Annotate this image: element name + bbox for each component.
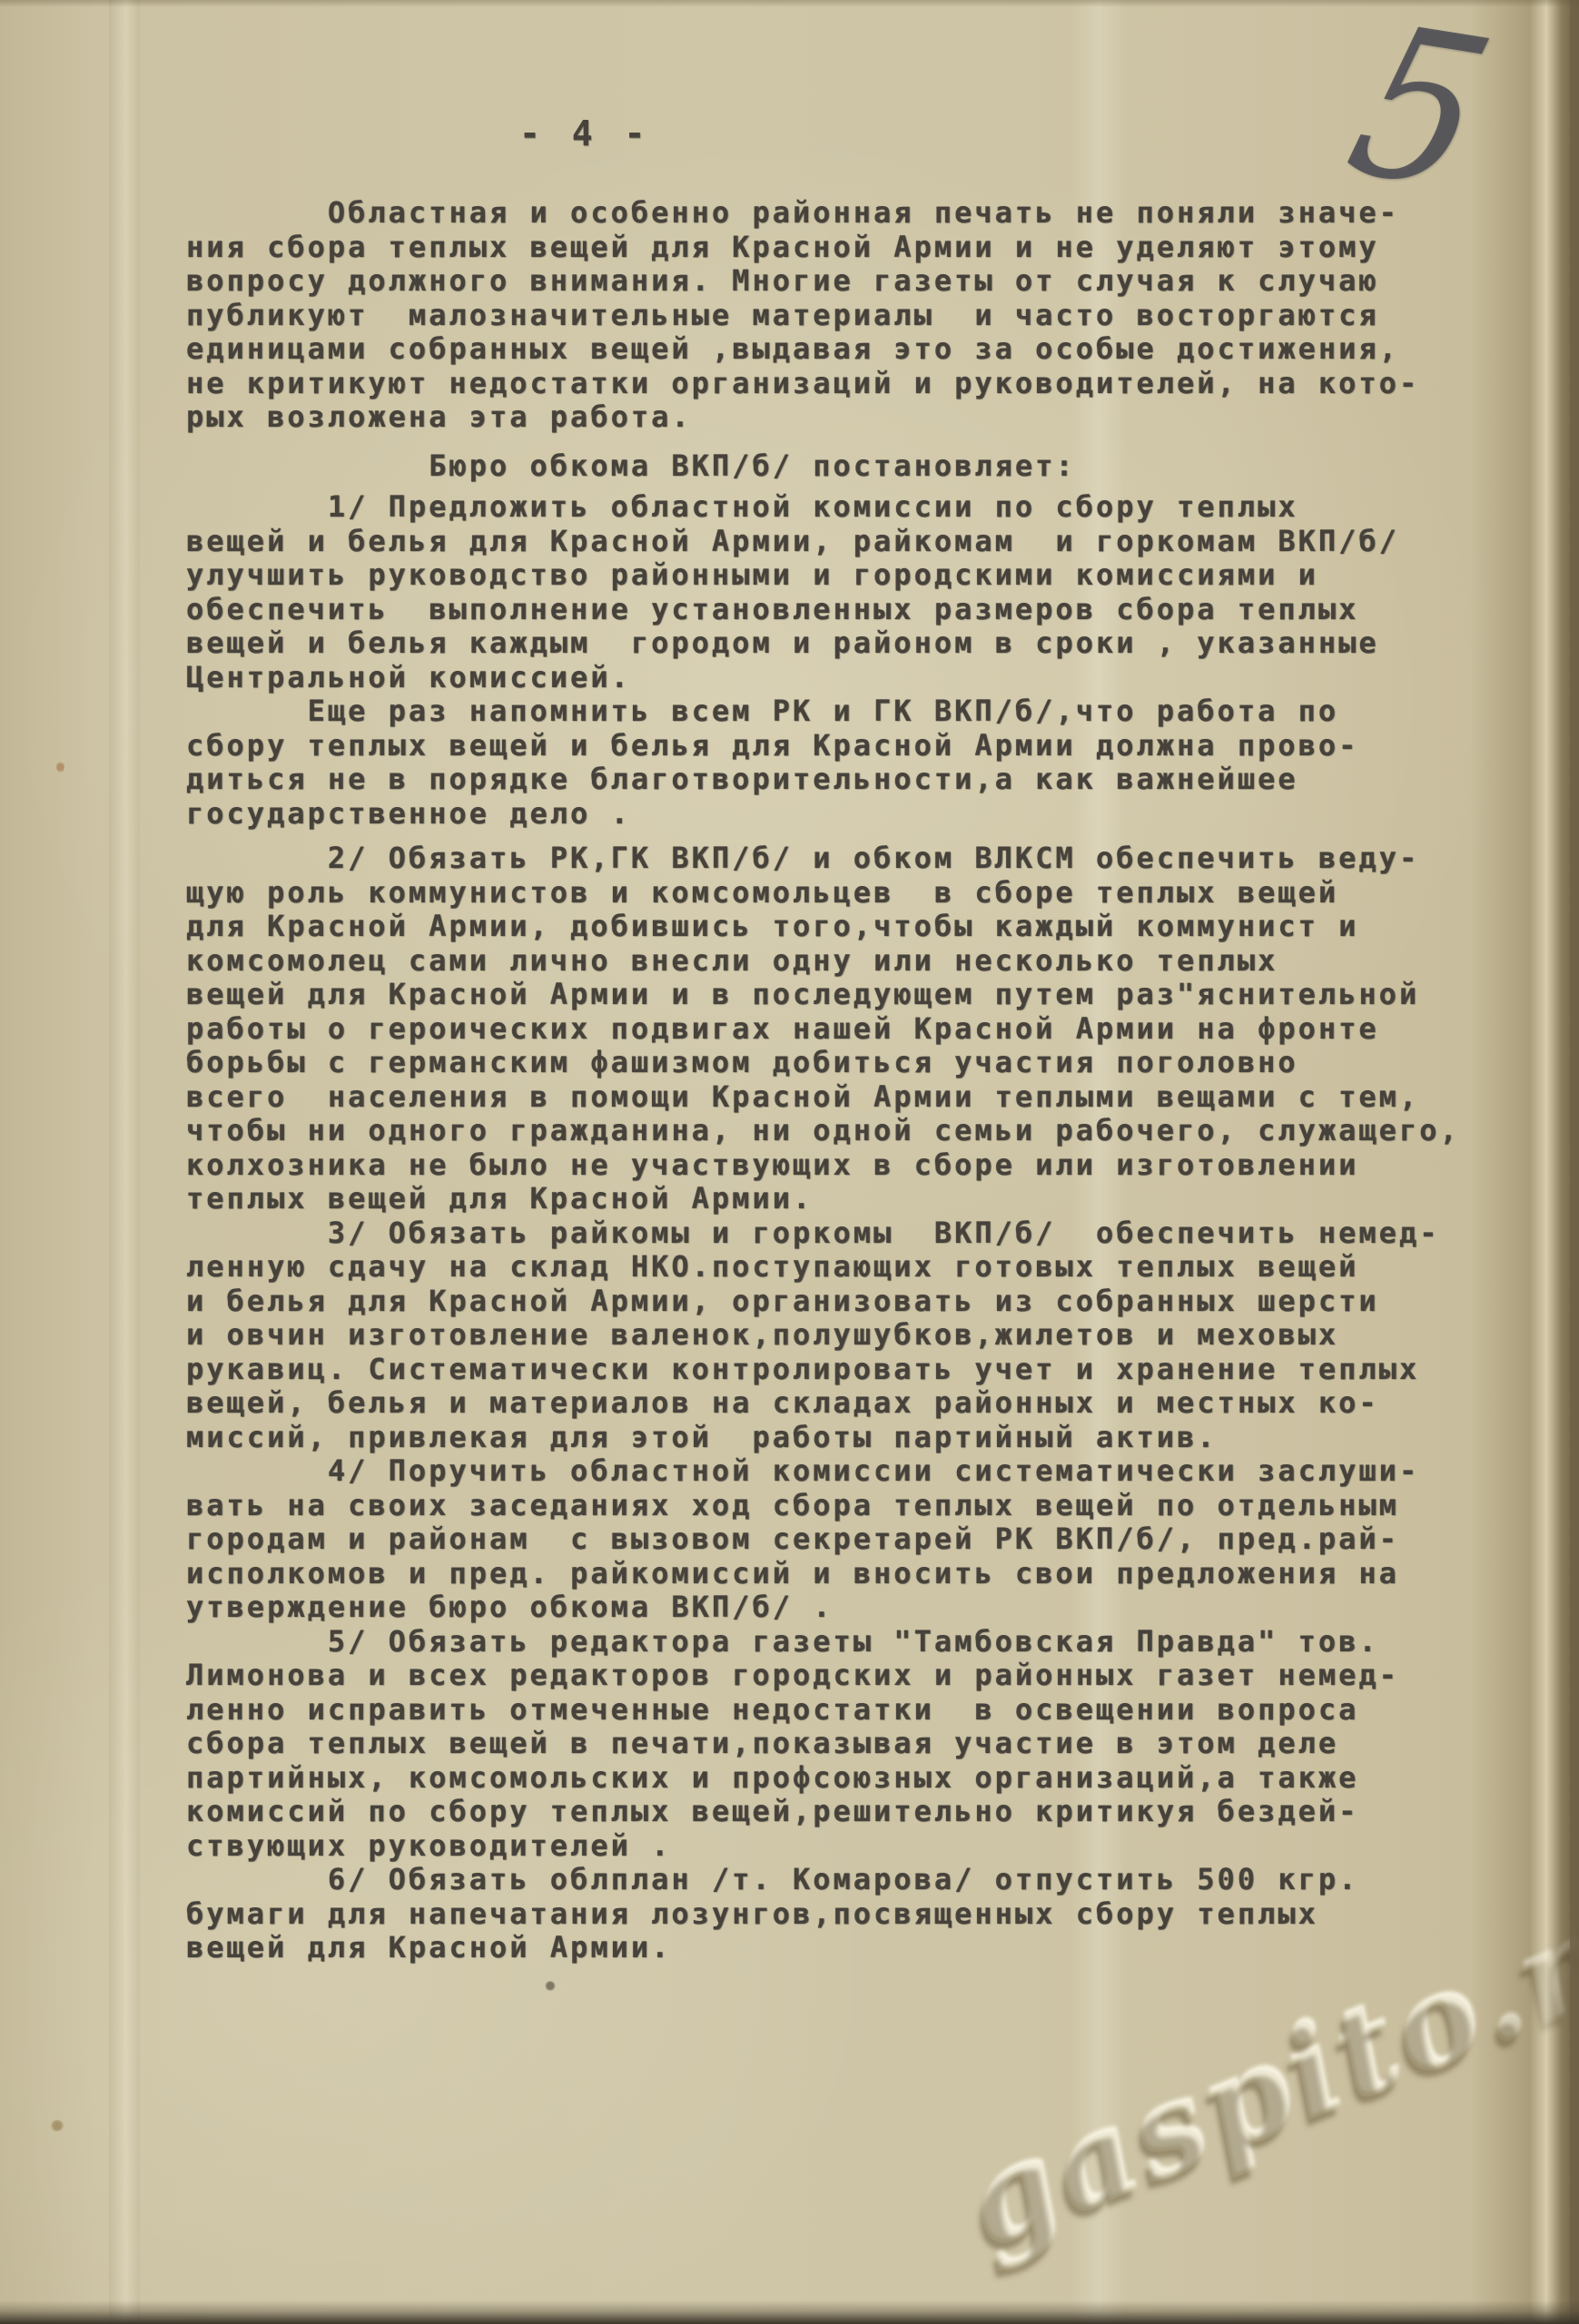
typed-line: миссий, привлекая для этой работы партий…: [186, 1421, 1530, 1455]
page-fold-shadow: [1470, 0, 1579, 2324]
text-section: Областная и особенно районная печать не …: [186, 196, 1530, 435]
typed-line: 6/ Обязать облплан /т. Комарова/ отпусти…: [186, 1863, 1530, 1897]
typed-line: колхозника не было не участвующих в сбор…: [186, 1148, 1530, 1183]
typed-line: щую роль коммунистов и комсомольцев в сб…: [186, 876, 1530, 911]
typed-line: вещей для Красной Армии и в последующем …: [186, 978, 1530, 1012]
typed-line: ленную сдачу на склад НКО.поступающих го…: [186, 1250, 1530, 1285]
scan-edge-right: [1570, 0, 1579, 2324]
typed-line: 1/ Предложить областной комиссии по сбор…: [186, 490, 1530, 525]
scan-edge-bottom: [0, 2300, 1579, 2324]
typed-line: не критикуют недостатки организаций и ру…: [186, 367, 1530, 401]
text-section: 6/ Обязать облплан /т. Комарова/ отпусти…: [186, 1863, 1530, 1965]
typed-line: Еще раз напомнить всем РК и ГК ВКП/б/,чт…: [186, 694, 1530, 729]
typed-line: диться не в порядке благотворительности,…: [186, 763, 1530, 797]
typed-line: вопросу должного внимания. Многие газеты…: [186, 264, 1530, 299]
typed-line: для Красной Армии, добившись того,чтобы …: [186, 910, 1530, 944]
text-section: 3/ Обязать райкомы и горкомы ВКП/б/ обес…: [186, 1216, 1530, 1455]
text-section: 4/ Поручить областной комиссии системати…: [186, 1454, 1530, 1625]
typed-line: государственное дело .: [186, 797, 1530, 832]
typed-line: публикуют малозначительные материалы и ч…: [186, 299, 1530, 333]
typed-line: вать на своих заседаниях ход сбора теплы…: [186, 1489, 1530, 1523]
typed-line: Областная и особенно районная печать не …: [186, 196, 1530, 231]
typed-line: улучшить руководство районными и городск…: [186, 558, 1530, 593]
typed-line: рых возложена эта работа.: [186, 400, 1530, 435]
typed-line: вещей и белья для Красной Армии, райкома…: [186, 525, 1530, 559]
typed-line: исполкомов и пред. райкомиссий и вносить…: [186, 1557, 1530, 1591]
typed-body: Областная и особенно районная печать не …: [186, 196, 1530, 1965]
typed-line: вещей и белья каждым городом и районом в…: [186, 626, 1530, 661]
typed-line: 3/ Обязать райкомы и горкомы ВКП/б/ обес…: [186, 1216, 1530, 1251]
text-section: 5/ Обязать редактора газеты "Тамбовская …: [186, 1625, 1530, 1864]
typed-line: городам и районам с вызовом секретарей Р…: [186, 1522, 1530, 1557]
typed-line: Центральной комиссией.: [186, 661, 1530, 695]
typed-line: теплых вещей для Красной Армии.: [186, 1182, 1530, 1216]
typed-line: обеспечить выполнение установленных разм…: [186, 593, 1530, 627]
text-section: Бюро обкома ВКП/б/ постановляет:: [186, 449, 1530, 484]
typed-line: 2/ Обязать РК,ГК ВКП/б/ и обком ВЛКСМ об…: [186, 842, 1530, 876]
typed-line: Бюро обкома ВКП/б/ постановляет:: [186, 449, 1530, 484]
typed-line: вещей для Красной Армии.: [186, 1931, 1530, 1965]
typed-line: единицами собранных вещей ,выдавая это з…: [186, 332, 1530, 367]
typed-line: сбору теплых вещей и белья для Красной А…: [186, 729, 1530, 763]
typed-line: работы о героических подвигах нашей Крас…: [186, 1012, 1530, 1047]
text-section: 1/ Предложить областной комиссии по сбор…: [186, 490, 1530, 694]
text-section: 2/ Обязать РК,ГК ВКП/б/ и обком ВЛКСМ об…: [186, 842, 1530, 1216]
typed-line: и овчин изготовление валенок,полушубков,…: [186, 1318, 1530, 1353]
typed-line: сбора теплых вещей в печати,показывая уч…: [186, 1727, 1530, 1761]
typed-line: всего населения в помощи Красной Армии т…: [186, 1080, 1530, 1115]
typed-line: ния сбора теплых вещей для Красной Армии…: [186, 231, 1530, 265]
typed-line: чтобы ни одного гражданина, ни одной сем…: [186, 1114, 1530, 1148]
typed-line: 4/ Поручить областной комиссии системати…: [186, 1454, 1530, 1489]
typed-line: борьбы с германским фашизмом добиться уч…: [186, 1046, 1530, 1080]
typed-line: вещей, белья и материалов на складах рай…: [186, 1386, 1530, 1421]
scan-edge-top: [0, 0, 1579, 7]
page-number: - 4 -: [519, 116, 650, 151]
typed-line: рукавиц. Систематически контролировать у…: [186, 1353, 1530, 1387]
typed-line: 5/ Обязать редактора газеты "Тамбовская …: [186, 1625, 1530, 1659]
typed-line: бумаги для напечатания лозунгов,посвящен…: [186, 1897, 1530, 1932]
typed-line: комсомолец сами лично внесли одну или не…: [186, 944, 1530, 979]
typed-line: и белья для Красной Армии, организовать …: [186, 1285, 1530, 1319]
typed-line: Лимонова и всех редакторов городских и р…: [186, 1659, 1530, 1693]
typed-line: комиссий по сбору теплых вещей,решительн…: [186, 1795, 1530, 1829]
typed-line: ленно исправить отмеченные недостатки в …: [186, 1693, 1530, 1728]
typed-line: ствующих руководителей .: [186, 1829, 1530, 1864]
text-section: Еще раз напомнить всем РК и ГК ВКП/б/,чт…: [186, 694, 1530, 831]
typed-line: партийных, комсомольских и профсоюзных о…: [186, 1761, 1530, 1796]
document-scan: { "document": { "page_number": "- 4 -", …: [0, 0, 1579, 2324]
typed-line: утверждение бюро обкома ВКП/б/ .: [186, 1590, 1530, 1625]
